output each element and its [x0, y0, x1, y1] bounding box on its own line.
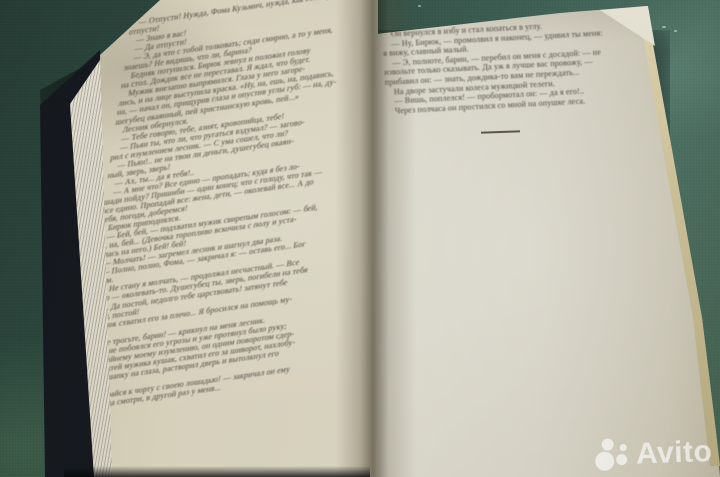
- book-photo: — Отпусти! Нужда, Фома Кузьмич, нужда, к…: [0, 0, 720, 477]
- fabric-speck: [418, 5, 421, 7]
- avito-watermark: Avito: [594, 435, 712, 472]
- book-gutter-shadow: [336, 0, 416, 477]
- right-page-text: Он вернулся в избу и стал копаться в угл…: [382, 16, 644, 116]
- book-bottom-shadow: [64, 466, 370, 477]
- avito-watermark-text: Avito: [635, 436, 712, 469]
- section-divider-rule: [481, 130, 520, 133]
- avito-logo-icon: [594, 438, 629, 472]
- fabric-speck: [662, 26, 666, 28]
- fabric-speck: [674, 30, 677, 32]
